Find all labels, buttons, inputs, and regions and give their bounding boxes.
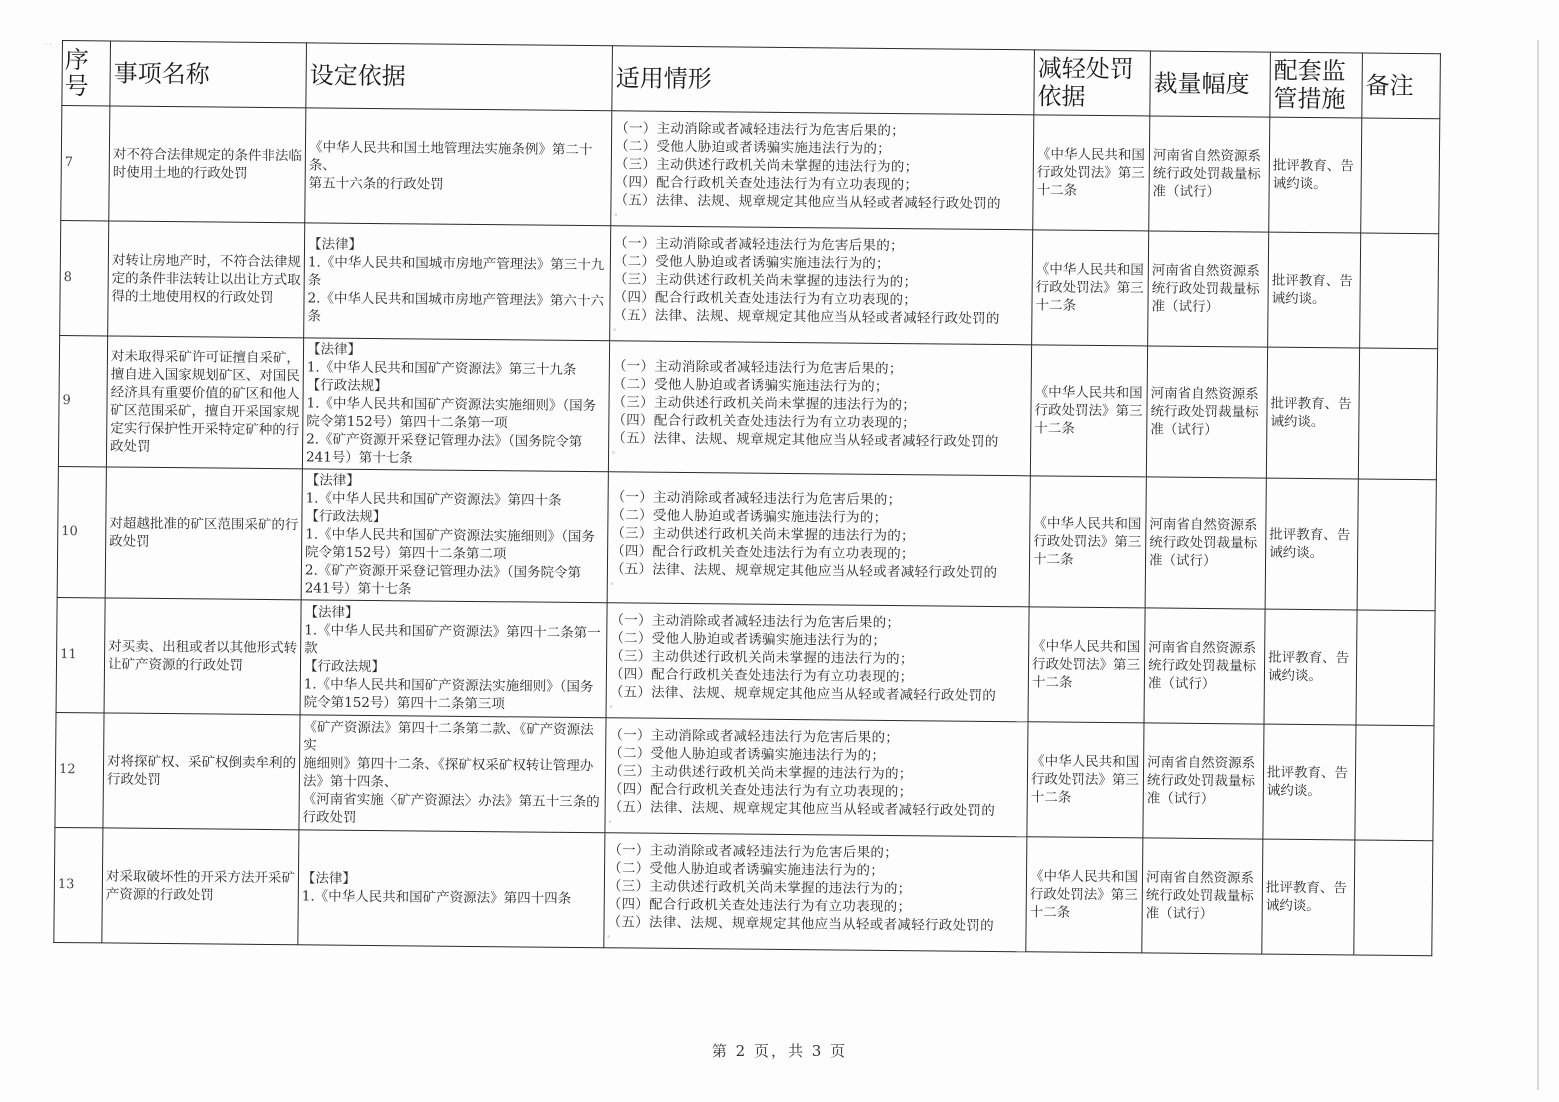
page-edge	[1537, 40, 1539, 1090]
row-mitigation-basis: 《中华人民共和国行政处罚法》第三十二条	[1028, 607, 1145, 723]
row-basis: 《矿产资源法》第四十二条第二款、《矿产资源法实施细则》第四十二条、《探矿权采矿权…	[299, 715, 606, 833]
row-name: 对买卖、出租或者以其他形式转让矿产资源的行政处罚	[104, 598, 301, 715]
row-discretion: 河南省自然资源系统行政处罚裁量标准（试行）	[1144, 608, 1265, 724]
scan-mark: ˙˙	[44, 44, 53, 54]
basis-line: 1.《中华人民共和国矿产资源法》第四十四条	[302, 887, 601, 908]
row-name: 对将探矿权、采矿权倒卖牟利的行政处罚	[103, 713, 300, 830]
row-mitigation-basis: 《中华人民共和国行政处罚法》第三十二条	[1030, 345, 1147, 477]
basis-line: 施细则》第四十二条、《探矿权采矿权转让管理办法》第十四条、	[303, 754, 602, 793]
row-remarks	[1361, 118, 1440, 234]
header-remarks: 备注	[1362, 53, 1441, 119]
row-seq: 11	[56, 597, 105, 712]
table-row: 9 对未取得采矿许可证擅自采矿，擅自进入国家规划矿区、对国民经济具有重要价值的矿…	[58, 335, 1437, 479]
row-seq: 7	[61, 106, 110, 221]
row-discretion: 河南省自然资源系统行政处罚裁量标准（试行）	[1148, 231, 1269, 347]
basis-line: 1.《中华人民共和国矿产资源法实施细则》（国务院令第152号）第四十二条第一项	[306, 394, 605, 433]
row-situations: （一）主动消除或者减轻违法行为危害后果的；（二）受他人胁迫或者诱骗实施违法行为的…	[604, 833, 1027, 952]
header-measures: 配套监管措施	[1270, 52, 1363, 118]
row-mitigation-basis: 《中华人民共和国行政处罚法》第三十二条	[1029, 476, 1146, 608]
row-remarks	[1358, 348, 1437, 480]
row-mitigation-basis: 《中华人民共和国行政处罚法》第三十二条	[1027, 722, 1144, 838]
row-remarks	[1354, 840, 1433, 956]
row-seq: 12	[55, 712, 104, 827]
penalty-table: 序号 事项名称 设定依据 适用情形 减轻处罚依据 裁量幅度 配套监管措施 备注 …	[53, 40, 1441, 956]
row-discretion: 河南省自然资源系统行政处罚裁量标准（试行）	[1146, 346, 1267, 478]
row-name: 对转让房地产时，不符合法律规定的条件非法转让以出让方式取得的土地使用权的行政处罚	[108, 221, 305, 338]
table-row: 7 对不符合法律规定的条件非法临时使用土地的行政处罚 《中华人民共和国土地管理法…	[61, 106, 1440, 234]
row-name: 对超越批准的矿区范围采矿的行政处罚	[105, 467, 302, 600]
row-discretion: 河南省自然资源系统行政处罚裁量标准（试行）	[1149, 116, 1270, 232]
row-name: 对不符合法律规定的条件非法临时使用土地的行政处罚	[109, 106, 306, 223]
row-measures: 批评教育、告诫约谈。	[1268, 232, 1361, 348]
basis-line: 1.《中华人民共和国矿产资源法实施细则》（国务院令第152号）第四十二条第三项	[304, 675, 603, 714]
row-seq: 10	[57, 466, 106, 597]
table-row: 10 对超越批准的矿区范围采矿的行政处罚 【法律】1.《中华人民共和国矿产资源法…	[57, 466, 1436, 610]
row-remarks	[1355, 725, 1434, 841]
row-basis: 【法律】1.《中华人民共和国城市房地产管理法》第三十九条2.《中华人民共和国城市…	[304, 223, 611, 341]
basis-line: 第五十六条的行政处罚	[309, 174, 608, 195]
row-basis: 【法律】1.《中华人民共和国矿产资源法》第四十二条第一款【行政法规】1.《中华人…	[300, 600, 607, 718]
row-discretion: 河南省自然资源系统行政处罚裁量标准（试行）	[1145, 477, 1266, 609]
row-measures: 批评教育、告诫约谈。	[1269, 117, 1362, 233]
basis-line: 1.《中华人民共和国矿产资源法实施细则》（国务院令第152号）第四十二条第二项	[305, 525, 604, 564]
basis-line: 1.《中华人民共和国城市房地产管理法》第三十九条	[308, 253, 607, 292]
table-row: 13 对采取破坏性的开采方法开采矿产资源的行政处罚 【法律】1.《中华人民共和国…	[54, 827, 1433, 955]
row-situations: （一）主动消除或者减轻违法行为危害后果的；（二）受他人胁迫或者诱骗实施违法行为的…	[606, 603, 1029, 722]
row-remarks	[1356, 610, 1435, 726]
table-row: 11 对买卖、出租或者以其他形式转让矿产资源的行政处罚 【法律】1.《中华人民共…	[56, 597, 1435, 725]
row-situations: （一）主动消除或者减轻违法行为危害后果的；（二）受他人胁迫或者诱骗实施违法行为的…	[605, 718, 1028, 837]
basis-line: 1.《中华人民共和国矿产资源法》第四十二条第一款	[304, 621, 603, 660]
basis-line: 《矿产资源法》第四十二条第二款、《矿产资源法实	[303, 718, 602, 757]
header-discretion: 裁量幅度	[1150, 51, 1271, 117]
header-name: 事项名称	[110, 41, 307, 108]
row-seq: 8	[60, 220, 109, 335]
table-body: 7 对不符合法律规定的条件非法临时使用土地的行政处罚 《中华人民共和国土地管理法…	[54, 106, 1440, 956]
table-row: 8 对转让房地产时，不符合法律规定的条件非法转让以出让方式取得的土地使用权的行政…	[60, 220, 1439, 348]
document-page: ˙˙ 序号 事项名称 设定依据 适用情形 减轻处罚依据	[0, 0, 1559, 1102]
page-number: 第 2 页，共 3 页	[0, 1040, 1559, 1061]
row-name: 对未取得采矿许可证擅自采矿，擅自进入国家规划矿区、对国民经济具有重要价值的矿区和…	[106, 336, 303, 469]
row-measures: 批评教育、告诫约谈。	[1262, 839, 1355, 955]
row-measures: 批评教育、告诫约谈。	[1263, 724, 1356, 840]
basis-line: 2.《矿产资源开采登记管理办法》（国务院令第241号）第十七条	[306, 430, 605, 469]
row-measures: 批评教育、告诫约谈。	[1266, 347, 1359, 479]
row-mitigation-basis: 《中华人民共和国行政处罚法》第三十二条	[1032, 230, 1149, 346]
row-situations: （一）主动消除或者减轻违法行为危害后果的；（二）受他人胁迫或者诱骗实施违法行为的…	[607, 472, 1030, 607]
basis-line: 2.《矿产资源开采登记管理办法》（国务院令第241号）第十七条	[305, 561, 604, 600]
header-mitigation-basis: 减轻处罚依据	[1034, 50, 1151, 116]
row-discretion: 河南省自然资源系统行政处罚裁量标准（试行）	[1143, 723, 1264, 839]
header-situation: 适用情形	[612, 46, 1035, 115]
row-basis: 【法律】1.《中华人民共和国矿产资源法》第四十条【行政法规】1.《中华人民共和国…	[301, 469, 608, 603]
row-measures: 批评教育、告诫约谈。	[1264, 609, 1357, 725]
basis-line: 2.《中华人民共和国城市房地产管理法》第六十六条	[307, 289, 606, 328]
header-basis: 设定依据	[306, 43, 613, 111]
row-seq: 13	[54, 827, 103, 942]
row-measures: 批评教育、告诫约谈。	[1265, 478, 1358, 610]
penalty-table-sheet: 序号 事项名称 设定依据 适用情形 减轻处罚依据 裁量幅度 配套监管措施 备注 …	[53, 40, 1440, 956]
row-discretion: 河南省自然资源系统行政处罚裁量标准（试行）	[1142, 838, 1263, 954]
row-basis: 【法律】1.《中华人民共和国矿产资源法》第四十四条	[298, 830, 605, 948]
basis-line: 《中华人民共和国土地管理法实施条例》第二十条、	[309, 138, 608, 177]
row-seq: 9	[58, 335, 107, 466]
row-mitigation-basis: 《中华人民共和国行政处罚法》第三十二条	[1026, 837, 1143, 953]
row-situations: （一）主动消除或者减轻违法行为危害后果的；（二）受他人胁迫或者诱骗实施违法行为的…	[611, 111, 1034, 230]
row-mitigation-basis: 《中华人民共和国行政处罚法》第三十二条	[1033, 115, 1150, 231]
header-seq: 序号	[62, 41, 111, 106]
row-basis: 【法律】1.《中华人民共和国矿产资源法》第三十九条【行政法规】1.《中华人民共和…	[302, 338, 609, 472]
row-situations: （一）主动消除或者减轻违法行为危害后果的；（二）受他人胁迫或者诱骗实施违法行为的…	[608, 341, 1031, 476]
basis-line: 《河南省实施〈矿产资源法〉办法》第五十三条的行政处罚	[302, 790, 601, 829]
row-remarks	[1357, 479, 1436, 611]
table-row: 12 对将探矿权、采矿权倒卖牟利的行政处罚 《矿产资源法》第四十二条第二款、《矿…	[55, 712, 1434, 840]
row-remarks	[1360, 233, 1439, 349]
row-basis: 《中华人民共和国土地管理法实施条例》第二十条、第五十六条的行政处罚	[305, 108, 612, 226]
row-situations: （一）主动消除或者减轻违法行为危害后果的；（二）受他人胁迫或者诱骗实施违法行为的…	[610, 226, 1033, 345]
row-name: 对采取破坏性的开采方法开采矿产资源的行政处罚	[102, 828, 299, 945]
